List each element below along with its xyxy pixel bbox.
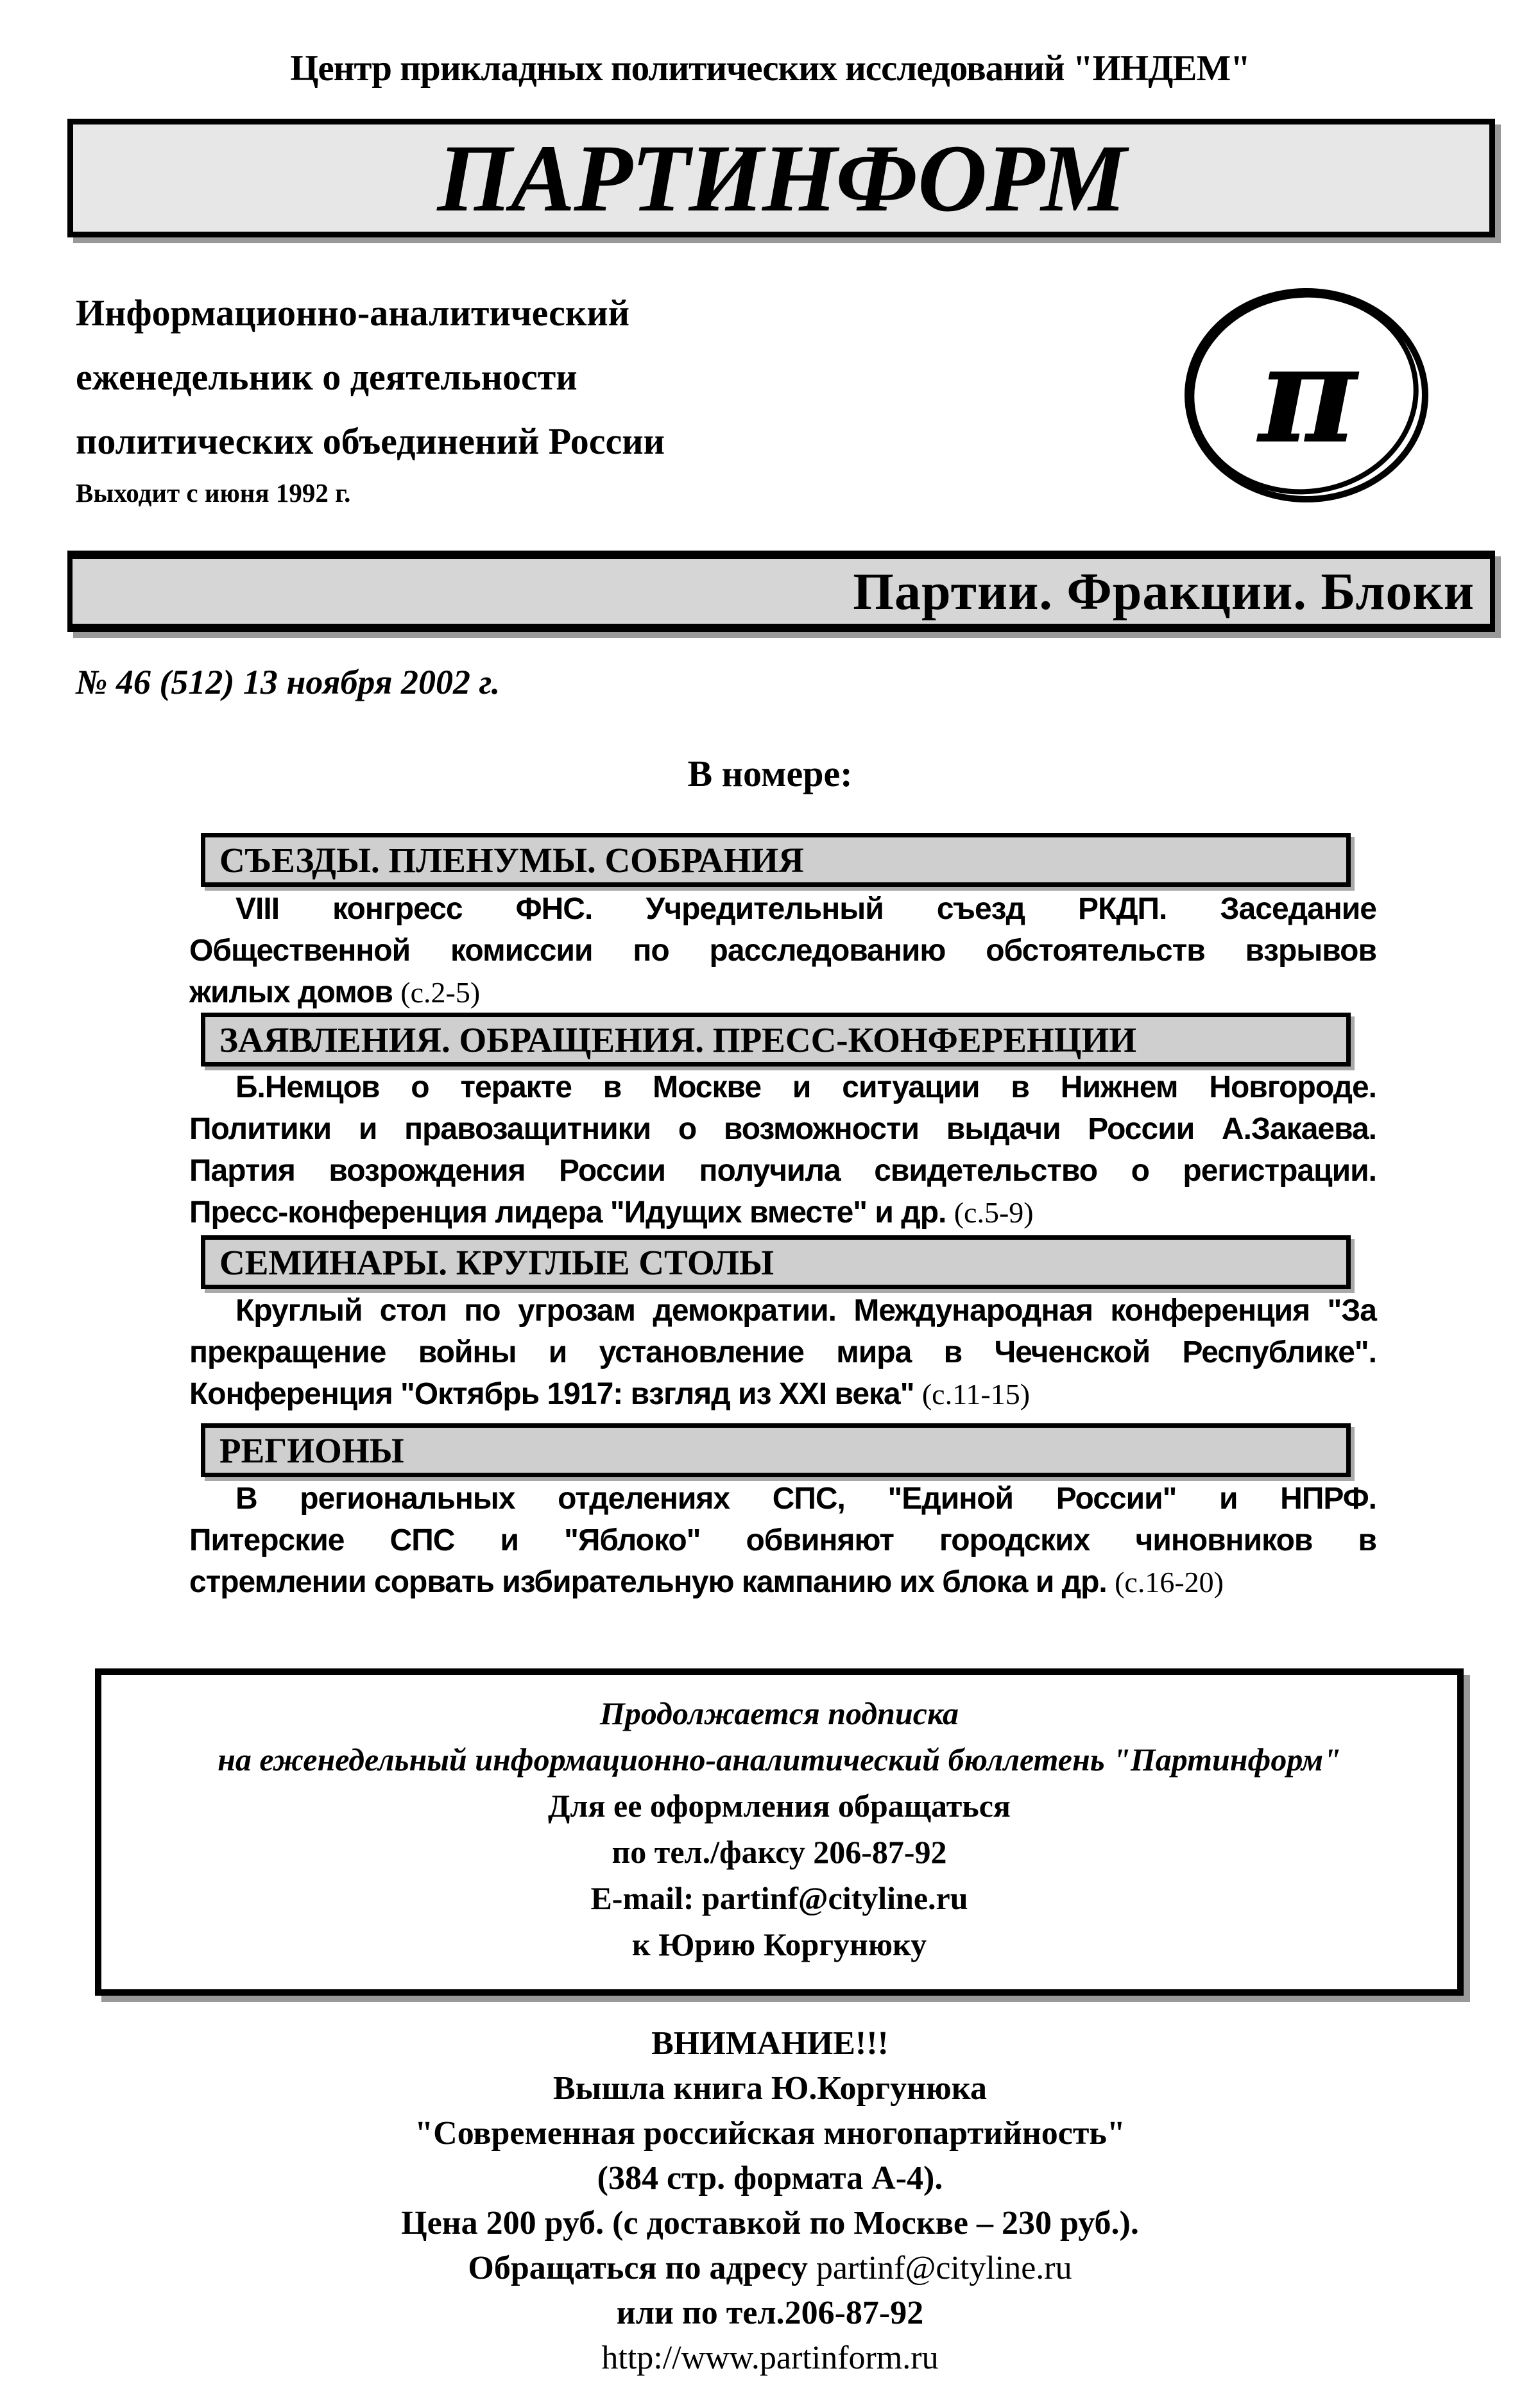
notice-line: Вышла книга Ю.Коргунюка <box>0 2066 1540 2111</box>
summary-line: В региональных отделениях СПС, "Единой Р… <box>189 1478 1376 1520</box>
summary-text: стремлении сорвать избирательную кампани… <box>189 1565 1107 1599</box>
summary-line: Б.Немцов о теракте в Москве и ситуации в… <box>189 1067 1376 1108</box>
summary-line: жилых домов (с.2-5) <box>189 972 1376 1013</box>
summary-line: Питерские СПС и "Яблоко" обвиняют городс… <box>189 1520 1376 1561</box>
subscription-contact-person: к Юрию Коргунюку <box>632 1921 927 1967</box>
newsletter-front-page: Центр прикладных политических исследован… <box>0 0 1540 2382</box>
summary-line: VIII конгресс ФНС. Учредительный съезд Р… <box>189 888 1376 930</box>
notice-title: ВНИМАНИЕ!!! <box>0 2021 1540 2066</box>
contact-label: Обращаться по адресу <box>468 2250 807 2286</box>
page-reference: (с.2-5) <box>400 976 480 1009</box>
book-notice: ВНИМАНИЕ!!! Вышла книга Ю.Коргунюка "Сов… <box>0 2021 1540 2381</box>
summary-line: Пресс-конференция лидера "Идущих вместе"… <box>189 1192 1376 1233</box>
summary-line: Общественной комиссии по расследованию о… <box>189 930 1376 972</box>
page-reference: (с.5-9) <box>954 1196 1034 1229</box>
section-summary-seminars: Круглый стол по угрозам демократии. Межд… <box>189 1290 1376 1415</box>
section-summary-statements: Б.Немцов о теракте в Москве и ситуации в… <box>189 1067 1376 1233</box>
summary-text: жилых домов <box>189 975 393 1009</box>
subscription-line: Для ее оформления обращаться <box>548 1783 1011 1829</box>
notice-contact: Обращаться по адресу partinf@cityline.ru <box>0 2246 1540 2291</box>
subscription-phone: по тел./факсу 206-87-92 <box>612 1829 947 1875</box>
section-summary-congresses: VIII конгресс ФНС. Учредительный съезд Р… <box>189 888 1376 1013</box>
subscription-box: Продолжается подписка на еженедельный ин… <box>95 1668 1464 1996</box>
tagline-line: еженедельник о деятельности <box>76 345 665 409</box>
subscription-line: Продолжается подписка <box>600 1690 959 1736</box>
toc-title: В номере: <box>0 752 1540 795</box>
website-url: http://www.partinform.ru <box>0 2336 1540 2381</box>
summary-line: Круглый стол по угрозам демократии. Межд… <box>189 1290 1376 1332</box>
organization-header: Центр прикладных политических исследован… <box>0 47 1540 89</box>
published-since-note: Выходит с июня 1992 г. <box>76 477 350 508</box>
section-summary-regions: В региональных отделениях СПС, "Единой Р… <box>189 1478 1376 1603</box>
summary-line: прекращение войны и установление мира в … <box>189 1332 1376 1373</box>
notice-phone: или по тел.206-87-92 <box>0 2291 1540 2336</box>
subscription-email: E-mail: partinf@cityline.ru <box>590 1875 968 1921</box>
book-title: "Современная российская многопартийность… <box>0 2111 1540 2156</box>
section-header-regions: РЕГИОНЫ <box>201 1423 1351 1477</box>
tagline-line: Информационно-аналитический <box>76 281 665 345</box>
summary-line: стремлении сорвать избирательную кампани… <box>189 1561 1376 1603</box>
subscription-line: на еженедельный информационно-аналитичес… <box>218 1736 1341 1783</box>
book-price: Цена 200 руб. (с доставкой по Москве – 2… <box>0 2201 1540 2246</box>
banner-label: Партии. Фракции. Блоки <box>853 561 1475 622</box>
summary-line: Партия возрождения России получила свиде… <box>189 1150 1376 1192</box>
summary-text: Пресс-конференция лидера "Идущих вместе"… <box>189 1195 946 1230</box>
banner-box: Партии. Фракции. Блоки <box>67 551 1495 632</box>
summary-line: Политики и правозащитники о возможности … <box>189 1108 1376 1150</box>
section-header-seminars: СЕМИНАРЫ. КРУГЛЫЕ СТОЛЫ <box>201 1235 1351 1289</box>
pi-symbol: π <box>1256 315 1360 474</box>
tagline: Информационно-аналитический еженедельник… <box>76 281 665 474</box>
page-reference: (с.16-20) <box>1115 1566 1224 1598</box>
contact-email: partinf@cityline.ru <box>816 2250 1072 2286</box>
tagline-line: политических объединений России <box>76 409 665 474</box>
summary-text: Конференция "Октябрь 1917: взгляд из XXI… <box>189 1377 914 1411</box>
summary-line: Конференция "Октябрь 1917: взгляд из XXI… <box>189 1373 1376 1415</box>
pi-logo: π <box>1181 286 1432 508</box>
masthead-box: ПАРТИНФОРМ <box>67 119 1495 237</box>
issue-number-line: № 46 (512) 13 ноября 2002 г. <box>76 662 500 702</box>
section-header-statements: ЗАЯВЛЕНИЯ. ОБРАЩЕНИЯ. ПРЕСС-КОНФЕРЕНЦИИ <box>201 1013 1351 1067</box>
page-reference: (с.11-15) <box>922 1378 1030 1410</box>
section-header-congresses: СЪЕЗДЫ. ПЛЕНУМЫ. СОБРАНИЯ <box>201 833 1351 887</box>
newsletter-title: ПАРТИНФОРМ <box>437 123 1125 234</box>
book-format: (384 стр. формата А-4). <box>0 2156 1540 2201</box>
